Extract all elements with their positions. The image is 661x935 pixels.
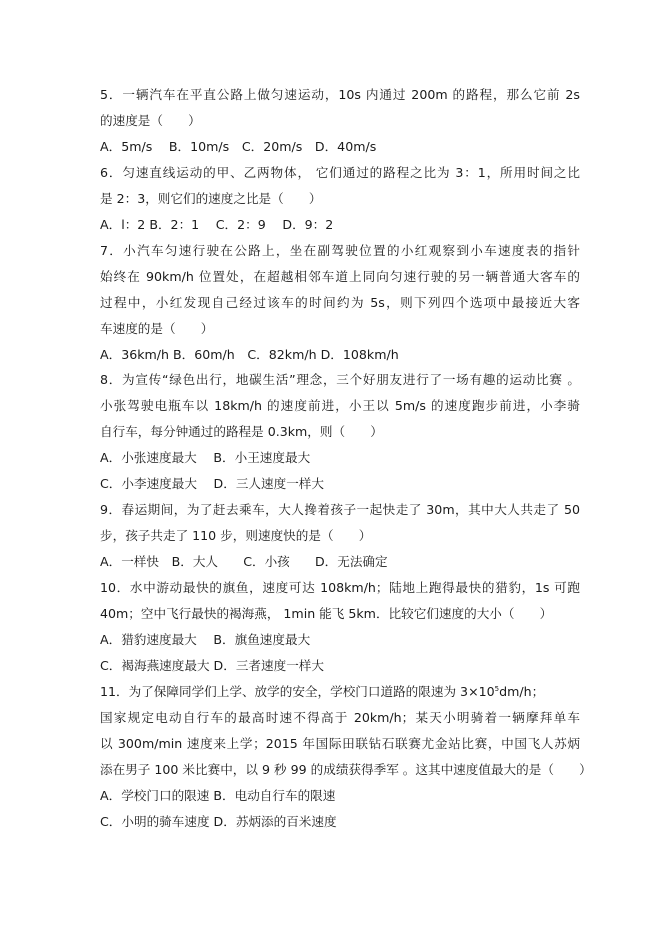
question-text-line: 步，孩子共走了 110 步，则速度快的是（ ） — [100, 523, 580, 549]
answer-options: C．小李速度最大 D．三人速度一样大 — [100, 471, 580, 497]
question-text-line: 11．为了保障同学们上学、放学的安全，学校门口道路的限速为 3×105dm/h； — [100, 679, 580, 705]
question-10: 10．水中游动最快的旗鱼，速度可达 108km/h；陆地上跑得最快的猎豹，1s … — [100, 575, 580, 679]
question-text-line: 小张驾驶电瓶车以 18km/h 的速度前进，小王以 5m/s 的速度跑步前进，小… — [100, 393, 580, 419]
question-text-line: 10．水中游动最快的旗鱼，速度可达 108km/h；陆地上跑得最快的猎豹，1s … — [100, 575, 580, 601]
question-11: 11．为了保障同学们上学、放学的安全，学校门口道路的限速为 3×105dm/h；… — [100, 679, 580, 835]
question-text-line: 车速度的是（ ） — [100, 316, 580, 342]
answer-options: A．36km/h B．60m/h C．82km/h D．108km/h — [100, 342, 580, 368]
question-text-line: 5．一辆汽车在平直公路上做匀速运动，10s 内通过 200m 的路程，那么它前 … — [100, 82, 580, 108]
answer-options: C．褐海燕速度最大 D．三者速度一样大 — [100, 653, 580, 679]
answer-options: A．小张速度最大 B．小王速度最大 — [100, 445, 580, 471]
question-text-line: 是 2：3，则它们的速度之比是（ ） — [100, 186, 580, 212]
question-8: 8．为宣传“绿色出行，地碳生活”理念，三个好朋友进行了一场有趣的运动比赛 。 小… — [100, 367, 580, 497]
question-text-line: 9．春运期间，为了赶去乘车，大人搀着孩子一起快走了 30m，其中大人共走了 50 — [100, 497, 580, 523]
question-text-line: 8．为宣传“绿色出行，地碳生活”理念，三个好朋友进行了一场有趣的运动比赛 。 — [100, 367, 580, 393]
answer-options: A．学校门口的限速 B．电动自行车的限速 — [100, 783, 580, 809]
document-page: 5．一辆汽车在平直公路上做匀速运动，10s 内通过 200m 的路程，那么它前 … — [100, 82, 580, 835]
question-5: 5．一辆汽车在平直公路上做匀速运动，10s 内通过 200m 的路程，那么它前 … — [100, 82, 580, 160]
answer-options: A．猎豹速度最大 B．旗鱼速度最大 — [100, 627, 580, 653]
question-text-line: 过程中，小红发现自己经过该车的时间约为 5s，则下列四个选项中最接近大客 — [100, 290, 580, 316]
question-text-line: 的速度是（ ） — [100, 108, 580, 134]
question-9: 9．春运期间，为了赶去乘车，大人搀着孩子一起快走了 30m，其中大人共走了 50… — [100, 497, 580, 575]
question-text-segment: 11．为了保障同学们上学、放学的安全，学校门口道路的限速为 3×10 — [100, 684, 495, 699]
question-6: 6．匀速直线运动的甲、乙两物体， 它们通过的路程之比为 3：1，所用时间之比 是… — [100, 160, 580, 238]
question-text-line: 6．匀速直线运动的甲、乙两物体， 它们通过的路程之比为 3：1，所用时间之比 — [100, 160, 580, 186]
question-text-line: 7．小汽车匀速行驶在公路上，坐在副驾驶位置的小红观察到小车速度表的指针 — [100, 238, 580, 264]
question-text-line: 40m；空中飞行最快的褐海燕， 1min 能飞 5km．比较它们速度的大小（ ） — [100, 601, 580, 627]
question-text-line: 始终在 90km/h 位置处，在超越相邻车道上同向匀速行驶的另一辆普通大客车的 — [100, 264, 580, 290]
question-text-line: 自行车，每分钟通过的路程是 0.3km，则（ ） — [100, 419, 580, 445]
answer-options: A．l：2 B．2：1 C．2：9 D．9：2 — [100, 212, 580, 238]
answer-options: A．5m/s B．10m/s C．20m/s D．40m/s — [100, 134, 580, 160]
question-text-line: 添在男子 100 米比赛中，以 9 秒 99 的成绩获得季军 。这其中速度值最大… — [100, 757, 580, 783]
question-text-line: 国家规定电动自行车的最高时速不得高于 20km/h；某天小明骑着一辆摩拜单车 — [100, 705, 580, 731]
answer-options: A．一样快 B．大人 C．小孩 D．无法确定 — [100, 549, 580, 575]
question-text-line: 以 300m/min 速度来上学；2015 年国际田联钻石联赛尤金站比赛，中国飞… — [100, 731, 580, 757]
question-text-segment: dm/h； — [499, 684, 544, 699]
answer-options: C．小明的骑车速度 D．苏炳添的百米速度 — [100, 809, 580, 835]
question-7: 7．小汽车匀速行驶在公路上，坐在副驾驶位置的小红观察到小车速度表的指针 始终在 … — [100, 238, 580, 368]
